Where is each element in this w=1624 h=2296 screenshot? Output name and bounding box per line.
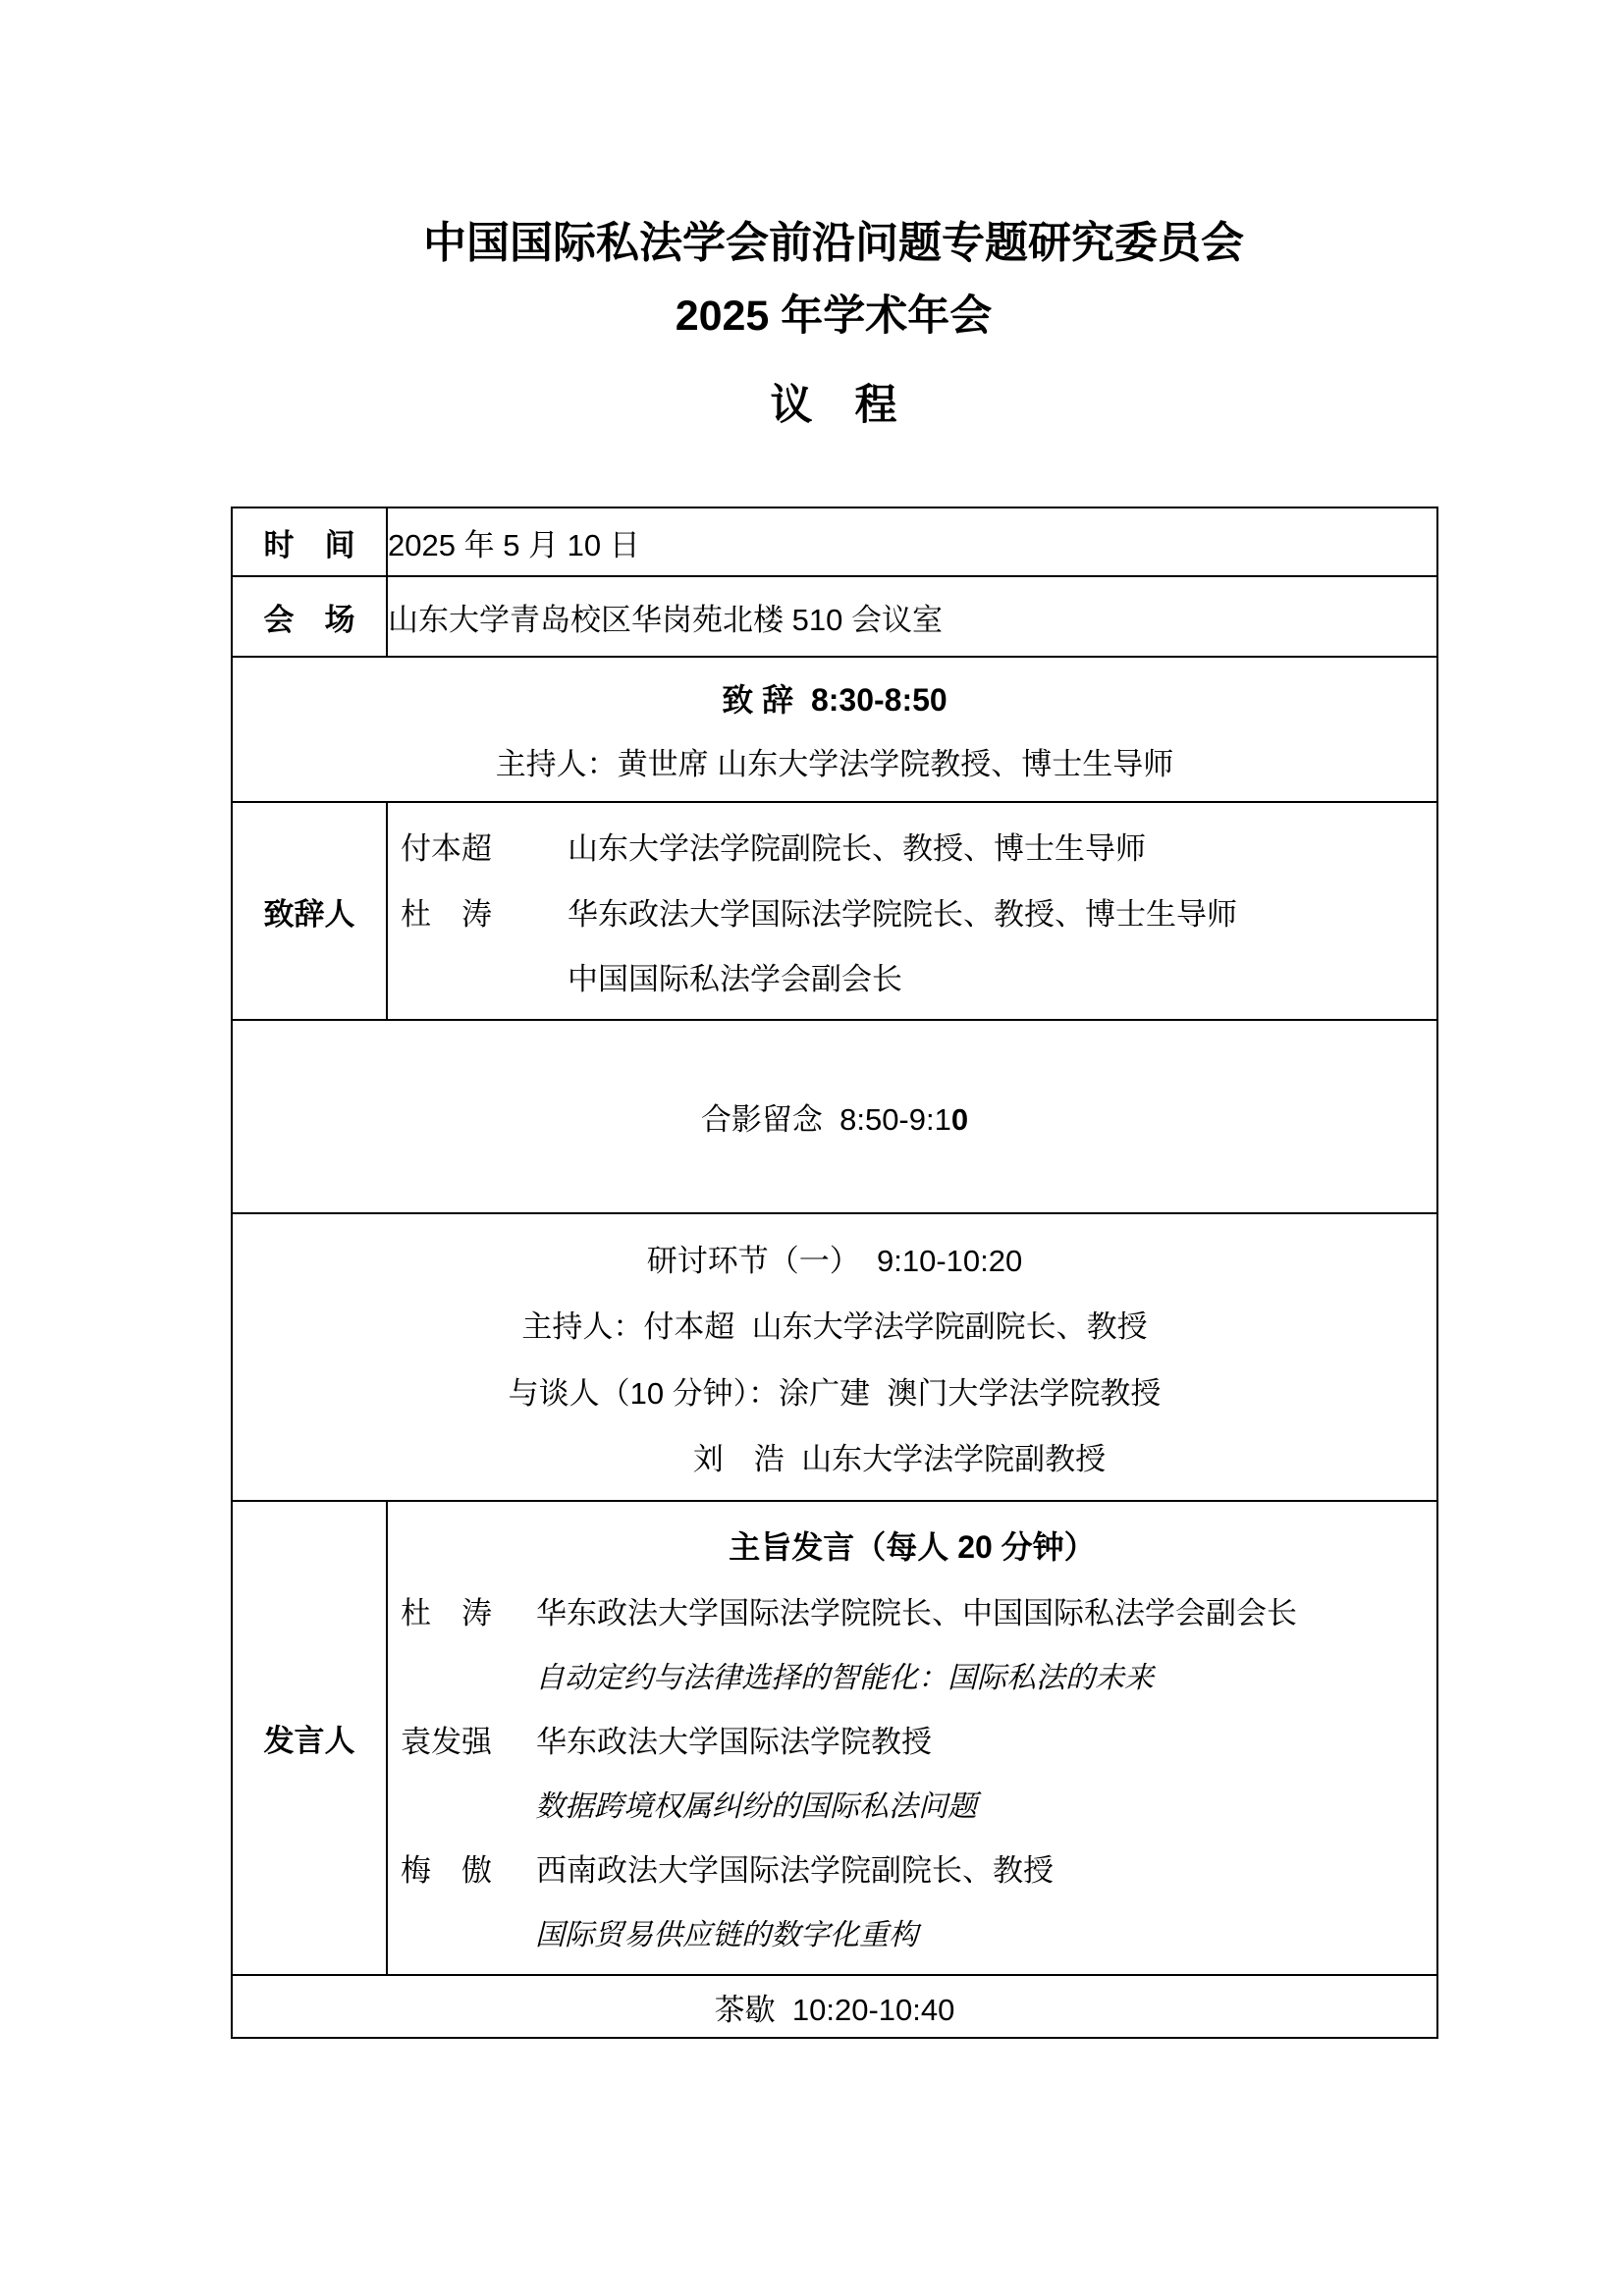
row-session1-header: 研讨环节（一） 9:10-10:20 主持人：付本超 山东大学法学院副院长、教授… bbox=[232, 1213, 1437, 1501]
keynote-speakers-cell: 主旨发言（每人 20 分钟） 杜 涛华东政法大学国际法学院院长、中国国际私法学会… bbox=[387, 1501, 1437, 1975]
opening-speakers-label-cell: 致辞人 bbox=[232, 802, 387, 1020]
row-venue: 会 场 山东大学青岛校区华岗苑北楼 510 会议室 bbox=[232, 576, 1437, 657]
opening-header-lines: 致 辞 8:30-8:50 主持人：黄世席 山东大学法学院教授、博士生导师 bbox=[233, 658, 1436, 801]
speaker-row: 杜 涛华东政法大学国际法学院院长、教授、博士生导师 bbox=[388, 889, 1436, 934]
speaker-name: 梅 傲 bbox=[401, 1845, 499, 1890]
document-page: 中国国际私法学会前沿问题专题研究委员会 2025 年学术年会 议 程 时 间 2… bbox=[0, 0, 1624, 2296]
row-keynote-speakers: 发言人 主旨发言（每人 20 分钟） 杜 涛华东政法大学国际法学院院长、中国国际… bbox=[232, 1501, 1437, 1975]
speaker-row: 杜 涛华东政法大学国际法学院院长、中国国际私法学会副会长 bbox=[388, 1588, 1436, 1632]
agenda-table: 时 间 2025 年 5 月 10 日 会 场 山东大学青岛校区华岗苑北楼 51… bbox=[231, 507, 1438, 2039]
session1-heading: 研讨环节（一） 9:10-10:20 bbox=[233, 1236, 1436, 1280]
speaker-affiliation: 华东政法大学国际法学院教授 bbox=[536, 1717, 932, 1761]
speaker-affiliation: 中国国际私法学会副会长 bbox=[568, 954, 902, 998]
doc-title-line3: 议 程 bbox=[231, 380, 1436, 431]
document-content: 中国国际私法学会前沿问题专题研究委员会 2025 年学术年会 议 程 时 间 2… bbox=[231, 0, 1436, 2039]
talk-title: 自动定约与法律选择的智能化：国际私法的未来 bbox=[388, 1653, 1436, 1696]
row-tea-break: 茶歇 10:20-10:40 bbox=[232, 1975, 1437, 2038]
row-opening-header: 致 辞 8:30-8:50 主持人：黄世席 山东大学法学院教授、博士生导师 bbox=[232, 657, 1437, 802]
speaker-name: 付本超 bbox=[401, 824, 499, 868]
talk-title: 数据跨境权属纠纷的国际私法问题 bbox=[388, 1782, 1436, 1825]
session1-header-cell: 研讨环节（一） 9:10-10:20 主持人：付本超 山东大学法学院副院长、教授… bbox=[232, 1213, 1437, 1501]
opening-speakers-label: 致辞人 bbox=[264, 897, 355, 932]
doc-title-line1: 中国国际私法学会前沿问题专题研究委员会 bbox=[231, 218, 1436, 269]
group-photo-cell: 合影留念 8:50-9:10 bbox=[232, 1020, 1437, 1213]
opening-heading: 致 辞 8:30-8:50 bbox=[233, 675, 1436, 721]
time-label: 时 间 bbox=[264, 528, 355, 562]
speaker-affiliation: 山东大学法学院副院长、教授、博士生导师 bbox=[568, 824, 1146, 868]
speaker-row: 梅 傲西南政法大学国际法学院副院长、教授 bbox=[388, 1845, 1436, 1890]
session1-header-lines: 研讨环节（一） 9:10-10:20 主持人：付本超 山东大学法学院副院长、教授… bbox=[233, 1214, 1436, 1500]
keynote-heading: 主旨发言（每人 20 分钟） bbox=[388, 1522, 1436, 1568]
session1-discussant-line-2: 刘 浩 山东大学法学院副教授 bbox=[233, 1434, 1436, 1478]
speaker-affiliation: 西南政法大学国际法学院副院长、教授 bbox=[536, 1845, 1054, 1890]
tea-break-text: 茶歇 10:20-10:40 bbox=[715, 1993, 955, 2027]
session1-discussant-line-1: 与谈人（10 分钟）：涂广建 澳门大学法学院教授 bbox=[233, 1368, 1436, 1413]
row-opening-speakers: 致辞人 付本超山东大学法学院副院长、教授、博士生导师 杜 涛华东政法大学国际法学… bbox=[232, 802, 1437, 1020]
speaker-affiliation: 华东政法大学国际法学院院长、中国国际私法学会副会长 bbox=[536, 1588, 1297, 1632]
speaker-name: 杜 涛 bbox=[401, 1588, 499, 1632]
group-photo-text: 合影留念 8:50-9:1 bbox=[701, 1102, 951, 1137]
time-value-cell: 2025 年 5 月 10 日 bbox=[387, 507, 1437, 576]
speaker-row: 袁发强华东政法大学国际法学院教授 bbox=[388, 1717, 1436, 1761]
opening-speakers-lines: 付本超山东大学法学院副院长、教授、博士生导师 杜 涛华东政法大学国际法学院院长、… bbox=[388, 803, 1436, 1019]
venue-value-cell: 山东大学青岛校区华岗苑北楼 510 会议室 bbox=[387, 576, 1437, 657]
talk-title: 国际贸易供应链的数字化重构 bbox=[388, 1910, 1436, 1953]
venue-label-cell: 会 场 bbox=[232, 576, 387, 657]
keynote-speakers-label: 发言人 bbox=[264, 1724, 355, 1758]
doc-title-line2: 2025 年学术年会 bbox=[231, 291, 1436, 342]
group-photo-text-bold: 0 bbox=[951, 1102, 968, 1137]
speaker-row: 付本超山东大学法学院副院长、教授、博士生导师 bbox=[388, 824, 1436, 868]
venue-label: 会 场 bbox=[264, 603, 355, 637]
opening-speakers-cell: 付本超山东大学法学院副院长、教授、博士生导师 杜 涛华东政法大学国际法学院院长、… bbox=[387, 802, 1437, 1020]
keynote-speakers-lines: 主旨发言（每人 20 分钟） 杜 涛华东政法大学国际法学院院长、中国国际私法学会… bbox=[388, 1502, 1436, 1974]
session1-host-line: 主持人：付本超 山东大学法学院副院长、教授 bbox=[233, 1302, 1436, 1346]
row-time: 时 间 2025 年 5 月 10 日 bbox=[232, 507, 1437, 576]
time-value: 2025 年 5 月 10 日 bbox=[388, 528, 640, 562]
tea-break-cell: 茶歇 10:20-10:40 bbox=[232, 1975, 1437, 2038]
speaker-row: 中国国际私法学会副会长 bbox=[388, 954, 1436, 998]
venue-value: 山东大学青岛校区华岗苑北楼 510 会议室 bbox=[388, 603, 943, 637]
time-label-cell: 时 间 bbox=[232, 507, 387, 576]
speaker-name: 杜 涛 bbox=[401, 889, 499, 934]
opening-host-line: 主持人：黄世席 山东大学法学院教授、博士生导师 bbox=[233, 739, 1436, 783]
row-group-photo: 合影留念 8:50-9:10 bbox=[232, 1020, 1437, 1213]
speaker-name: 袁发强 bbox=[401, 1717, 499, 1761]
opening-header-cell: 致 辞 8:30-8:50 主持人：黄世席 山东大学法学院教授、博士生导师 bbox=[232, 657, 1437, 802]
speaker-affiliation: 华东政法大学国际法学院院长、教授、博士生导师 bbox=[568, 889, 1237, 934]
keynote-speakers-label-cell: 发言人 bbox=[232, 1501, 387, 1975]
